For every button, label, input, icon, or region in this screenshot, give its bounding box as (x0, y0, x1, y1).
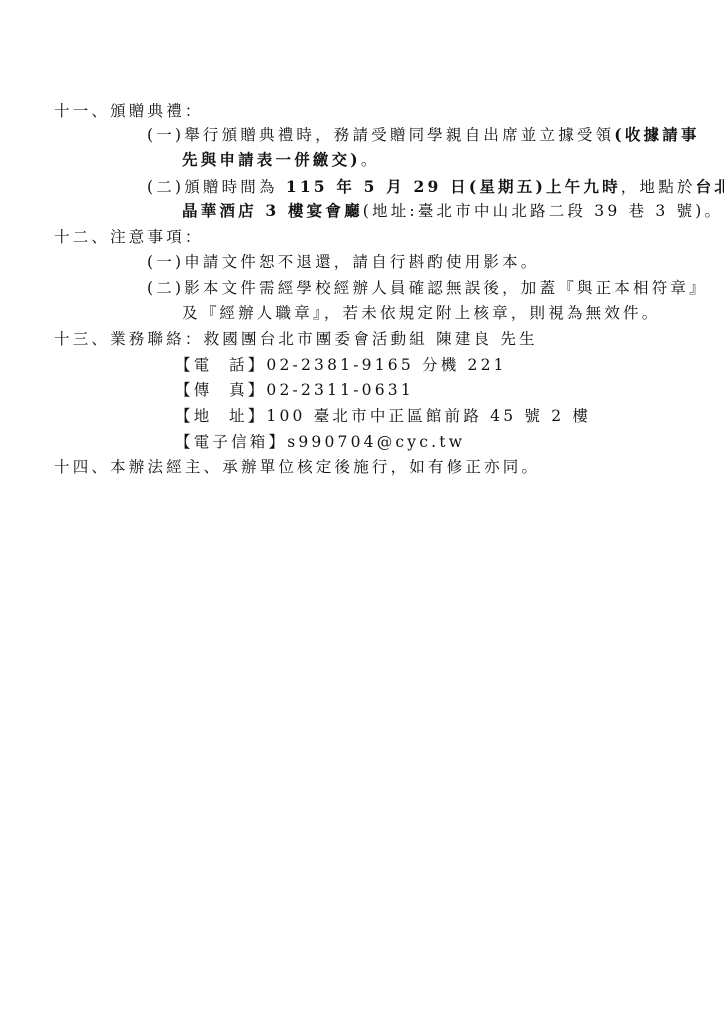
text-run: 及『經辦人職章』，若未依規定附上核章，則視為無效件。 (182, 304, 660, 322)
text-run: 。 (361, 151, 380, 169)
venue-bold: 台北 (696, 177, 724, 196)
contact-label: 【地 (175, 406, 229, 426)
text-run: (一)申請文件恕不退還，請自行斟酌使用影本。 (147, 253, 540, 271)
section-11-item-2-line-2: 晶華酒店 3 樓宴會廳(地址:臺北市中山北路二段 39 巷 3 號)。 (182, 201, 723, 221)
text-run-bold: (收據請事 (614, 125, 699, 144)
text-run-bold: 先與申請表一併繳交) (182, 150, 361, 169)
contact-label: 真】 (229, 381, 266, 399)
contact-fax: 【傳真】02-2311-0631 (175, 380, 414, 400)
contact-label: 【電子信箱】 (175, 433, 287, 451)
contact-label: 【傳 (175, 380, 229, 400)
section-11-item-1-line-2: 先與申請表一併繳交)。 (182, 150, 380, 170)
text-run: ，地點於 (621, 178, 696, 196)
contact-address: 【地址】100 臺北市中正區館前路 45 號 2 樓 (175, 406, 591, 426)
contact-email: 【電子信箱】s990704@cyc.tw (175, 432, 465, 452)
section-13-heading: 十三、業務聯絡：救國團台北市團委會活動組 陳建良 先生 (54, 329, 538, 349)
text-run: (二)影本文件需經學校經辦人員確認無誤後，加蓋『與正本相符章』 (147, 279, 708, 297)
section-14-text: 十四、本辦法經主、承辦單位核定後施行，如有修正亦同。 (54, 457, 540, 477)
section-11-heading: 十一、頒贈典禮： (54, 101, 204, 121)
contact-value: 02-2311-0631 (266, 381, 414, 399)
section-12-heading: 十二、注意事項： (54, 227, 204, 247)
contact-label: 址】 (229, 407, 266, 425)
venue-bold: 晶華酒店 3 樓宴會廳 (182, 201, 363, 220)
contact-label: 話】 (229, 356, 266, 374)
section-12-item-2-line-2: 及『經辦人職章』，若未依規定附上核章，則視為無效件。 (182, 303, 660, 323)
document-page: 十一、頒贈典禮： (一)舉行頒贈典禮時，務請受贈同學親自出席並立據受領(收據請事… (0, 0, 724, 1024)
contact-value: 100 臺北市中正區館前路 45 號 2 樓 (266, 407, 591, 425)
section-12-item-2-line-1: (二)影本文件需經學校經辦人員確認無誤後，加蓋『與正本相符章』 (147, 278, 708, 298)
text-run: (一)舉行頒贈典禮時，務請受贈同學親自出席並立據受領 (147, 126, 614, 144)
section-11-item-2-line-1: (二)頒贈時間為 115 年 5 月 29 日(星期五)上午九時，地點於台北 (147, 177, 724, 197)
contact-email-value: s990704@cyc.tw (287, 433, 465, 451)
section-12-item-1: (一)申請文件恕不退還，請自行斟酌使用影本。 (147, 252, 540, 272)
address-text: (地址:臺北市中山北路二段 39 巷 3 號)。 (363, 202, 723, 220)
date-time-bold: 115 年 5 月 29 日(星期五)上午九時 (286, 177, 621, 196)
contact-value: 02-2381-9165 分機 221 (266, 356, 506, 374)
text-run: (二)頒贈時間為 (147, 178, 286, 196)
section-11-item-1-line-1: (一)舉行頒贈典禮時，務請受贈同學親自出席並立據受領(收據請事 (147, 125, 700, 145)
contact-phone: 【電話】02-2381-9165 分機 221 (175, 355, 507, 375)
contact-label: 【電 (175, 355, 229, 375)
